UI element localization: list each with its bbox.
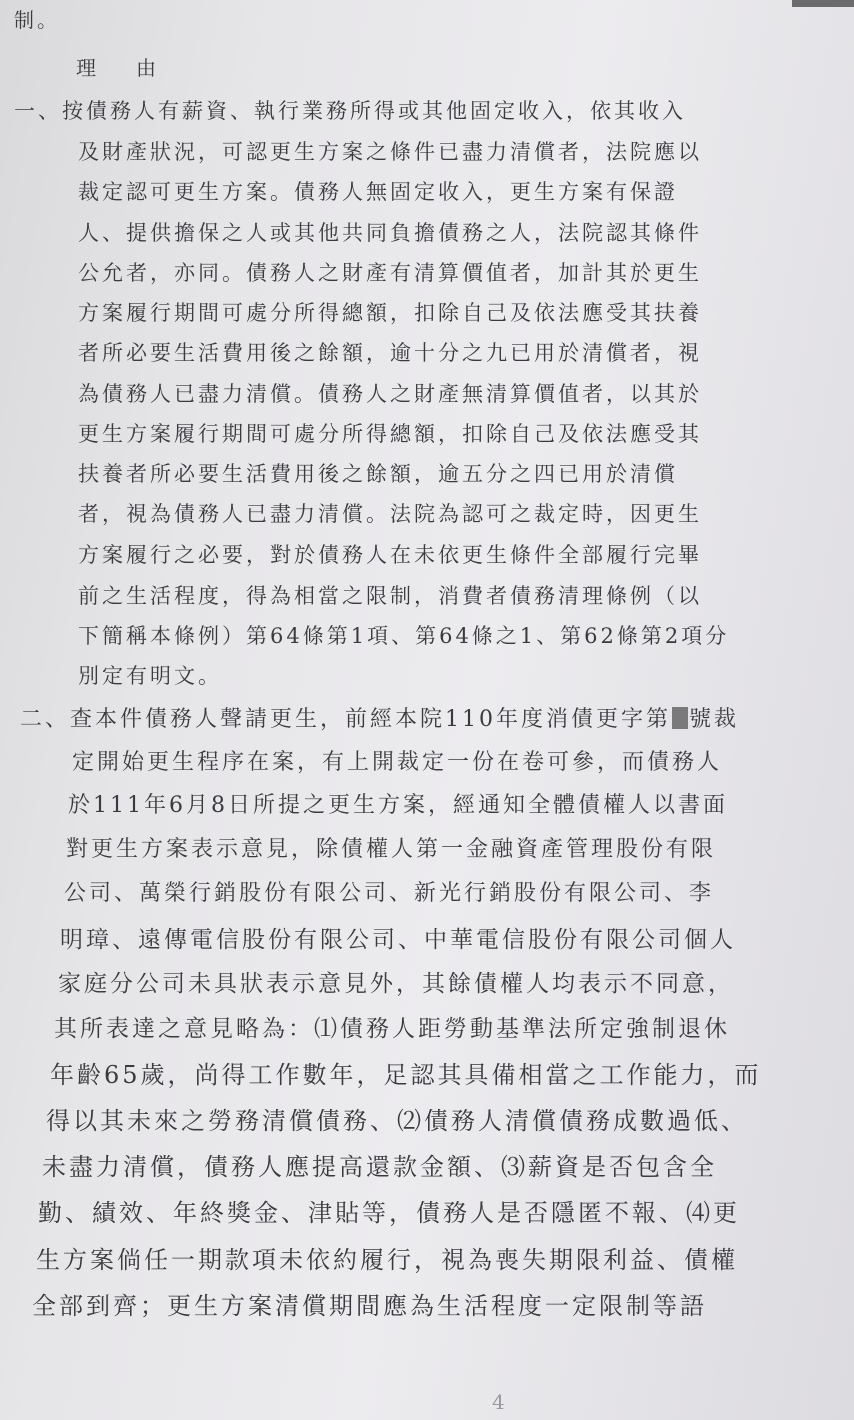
section-heading: 理 由 <box>76 52 166 81</box>
paragraph-line: 得以其未來之勞務清償債務、⑵債務人清償債務成數過低、 <box>46 1101 748 1136</box>
paragraph-line: 公司、萬榮行銷股份有限公司、新光行銷股份有限公司、李 <box>64 876 714 907</box>
redaction-block <box>672 707 688 729</box>
scan-artifact <box>792 0 854 7</box>
paragraph-line: 年齡65歲，尚得工作數年，足認其具備相當之工作能力，而 <box>50 1055 762 1090</box>
paragraph-line: 公允者，亦同。債務人之財產有清算價值者，加計其於更生 <box>78 257 702 287</box>
page-number: 4 <box>492 1390 505 1414</box>
paragraph-line: 方案履行之必要，對於債務人在未依更生條件全部履行完畢 <box>78 539 702 569</box>
top-fragment: 制。 <box>14 4 60 33</box>
paragraph-line: 生方案倘任一期款項未依約履行，視為喪失期限利益、債權 <box>36 1240 738 1275</box>
paragraph-line: 其所表達之意見略為：⑴債務人距勞動基準法所定強制退休 <box>54 1010 730 1043</box>
paragraph-line: 更生方案履行期間可處分所得總額，扣除自己及依法應受其 <box>78 418 702 448</box>
paragraph-line: 下簡稱本條例）第64條第1項、第64條之1、第62條第2項分 <box>78 620 729 650</box>
paragraph-text: 號裁 <box>689 707 739 732</box>
paragraph-line: 為債務人已盡力清償。債務人之財產無清算價值者，以其於 <box>78 378 702 408</box>
paragraph-line: 勤、績效、年終獎金、津貼等，債務人是否隱匿不報、⑷更 <box>38 1193 740 1228</box>
paragraph-line: 者所必要生活費用後之餘額，逾十分之九已用於清償者，視 <box>78 337 702 367</box>
paragraph-line: 人、提供擔保之人或其他共同負擔債務之人，法院認其條件 <box>78 217 702 247</box>
paragraph-line: 前之生活程度，得為相當之限制，消費者債務清理條例（以 <box>78 580 702 610</box>
paragraph-line: 二、查本件債務人聲請更生，前經本院110年度消債更字第號裁 <box>20 702 739 733</box>
paragraph-line: 未盡力清償，債務人應提高還款金額、⑶薪資是否包含全 <box>42 1147 717 1182</box>
paragraph-text: 二、查本件債務人聲請更生，前經本院110年度消債更字第 <box>20 707 671 732</box>
paragraph-line: 明璋、遠傳電信股份有限公司、中華電信股份有限公司個人 <box>60 921 736 954</box>
paragraph-line: 全部到齊；更生方案清償期間應為生活程度一定限制等語 <box>32 1286 707 1321</box>
paragraph-line: 裁定認可更生方案。債務人無固定收入，更生方案有保證 <box>78 176 678 206</box>
paragraph-line: 一、按債務人有薪資、執行業務所得或其他固定收入，依其收入 <box>14 95 686 125</box>
paragraph-line: 對更生方案表示意見，除債權人第一金融資產管理股份有限 <box>66 832 716 863</box>
paragraph-line: 方案履行期間可處分所得總額，扣除自己及依法應受其扶養 <box>78 297 702 327</box>
paragraph-line: 定開始更生程序在案，有上開裁定一份在卷可參，而債務人 <box>72 745 722 776</box>
paragraph-line: 及財產狀況，可認更生方案之條件已盡力清償者，法院應以 <box>78 136 702 166</box>
paragraph-line: 扶養者所必要生活費用後之餘額，逾五分之四已用於清償 <box>78 458 678 488</box>
paragraph-line: 家庭分公司未具狀表示意見外，其餘債權人均表示不同意， <box>58 965 734 998</box>
paragraph-line: 別定有明文。 <box>78 660 222 690</box>
paragraph-line: 於111年6月8日所提之更生方案，經通知全體債權人以書面 <box>68 788 728 819</box>
paragraph-line: 者，視為債務人已盡力清償。法院為認可之裁定時，因更生 <box>78 498 702 528</box>
